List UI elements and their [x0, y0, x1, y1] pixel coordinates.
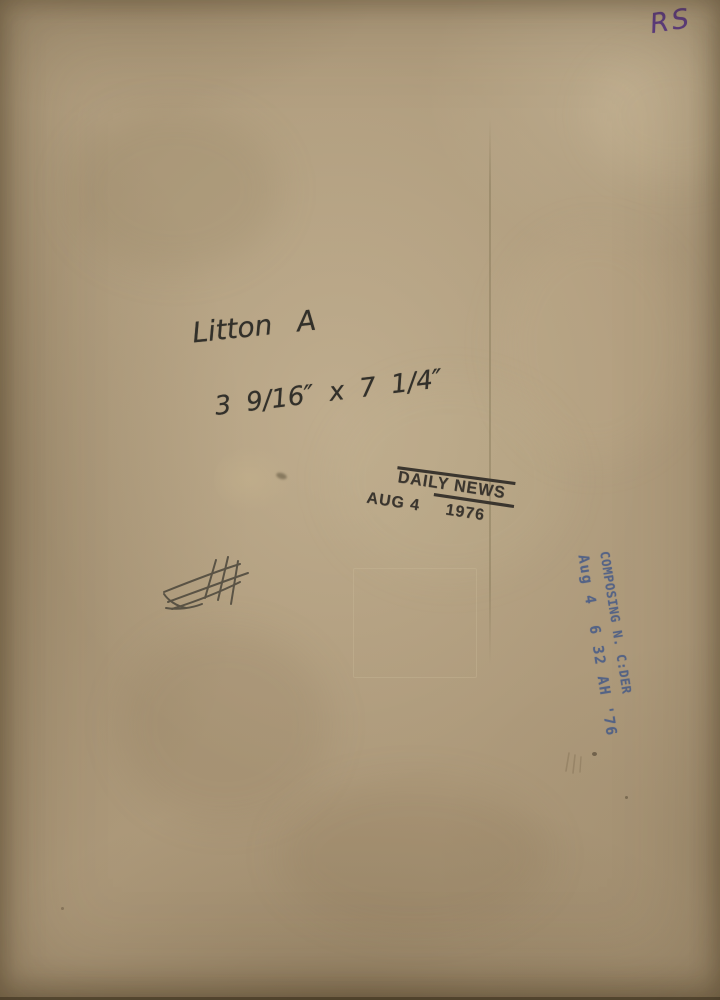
paper-blotch [280, 780, 550, 930]
speck-mark [625, 796, 628, 799]
title-handwriting: Litton A [191, 304, 318, 350]
crease-line [489, 118, 491, 666]
impression-outline [353, 568, 477, 678]
paper-blotch [120, 630, 330, 820]
paper-blotch [70, 110, 280, 270]
composing-room-time-stamp: COMPOSING N. C:DER Aug 4 6 32 AH '76 [574, 550, 640, 738]
scanned-photo-back: RS Litton A 3 9/16″ x 7 1/4″ DAILY NEWS … [0, 0, 720, 1000]
pencil-scribble-mark [158, 550, 258, 616]
ghost-pencil-marks [560, 745, 600, 781]
speck-mark [61, 907, 64, 910]
corner-initials-handwriting: RS [648, 3, 694, 40]
paper-blotch [590, 50, 720, 180]
